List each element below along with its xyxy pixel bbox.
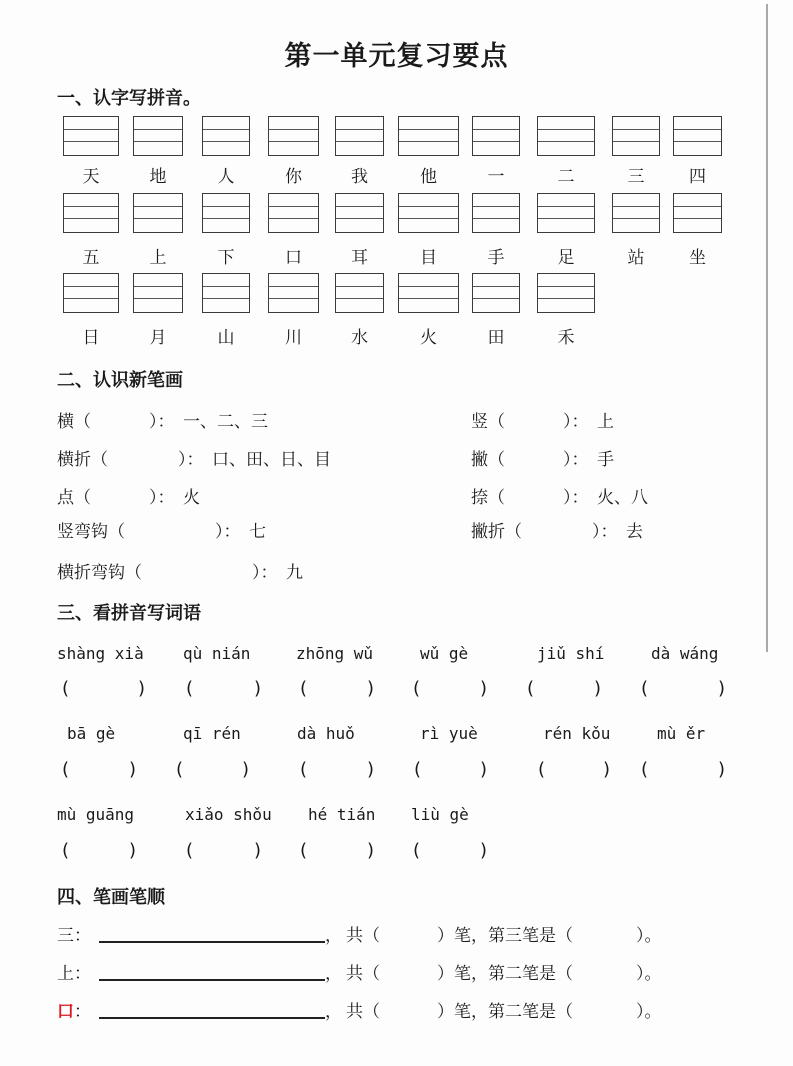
answer-blank[interactable]: [310, 759, 365, 781]
stroke-name: 横（: [57, 407, 91, 432]
answer-blank[interactable]: [196, 678, 252, 700]
character-label: 下: [211, 243, 241, 268]
stroke-examples: 一、二、三: [183, 407, 268, 432]
section-4-heading: 四、笔画笔顺: [57, 883, 165, 909]
character-label: 足: [551, 243, 581, 268]
answer-open-paren: (: [62, 759, 69, 780]
stroke-close-paren: ）：: [563, 483, 589, 508]
character-label: 田: [481, 323, 511, 348]
character-label: 口: [279, 243, 309, 268]
stroke-order-character: 上: [57, 959, 74, 984]
stroke-examples: 七: [249, 517, 266, 542]
character-label: 二: [551, 162, 581, 187]
pinyin-writing-box[interactable]: [673, 116, 722, 156]
pinyin-writing-box[interactable]: [398, 193, 459, 233]
answer-open-paren: (: [186, 840, 193, 861]
stroke-examples: 九: [286, 558, 303, 583]
character-label: 你: [279, 162, 309, 187]
pinyin-writing-box[interactable]: [673, 193, 722, 233]
pinyin-writing-box[interactable]: [398, 116, 459, 156]
answer-blank[interactable]: [72, 759, 127, 781]
stroke-count-label: 共（: [346, 997, 380, 1022]
pinyin-writing-box[interactable]: [202, 116, 250, 156]
colon: ：: [74, 997, 91, 1022]
pinyin-prompt: zhōng wǔ: [296, 644, 373, 663]
answer-open-paren: (: [641, 759, 648, 780]
character-label: 坐: [683, 243, 713, 268]
answer-open-paren: (: [62, 840, 69, 861]
stroke-examples: 口、田、日、目: [212, 445, 331, 470]
stroke-close-paren: ）：: [252, 558, 278, 583]
nth-stroke-blank[interactable]: [595, 997, 635, 1017]
pinyin-writing-box[interactable]: [472, 116, 520, 156]
colon: ：: [74, 921, 91, 946]
answer-close-paren: ): [242, 759, 249, 780]
pinyin-writing-box[interactable]: [612, 116, 660, 156]
pinyin-prompt: rén kǒu: [543, 724, 610, 743]
answer-close-paren: ): [254, 678, 261, 699]
stroke-name: 撇（: [471, 445, 505, 470]
pinyin-writing-box[interactable]: [472, 273, 520, 313]
sentence-end: ）。: [636, 997, 662, 1022]
pinyin-writing-box[interactable]: [63, 273, 119, 313]
pinyin-writing-box[interactable]: [335, 116, 384, 156]
stroke-count-label: 共（: [346, 959, 380, 984]
pinyin-writing-box[interactable]: [537, 193, 595, 233]
answer-open-paren: (: [186, 678, 193, 699]
character-label: 禾: [551, 323, 581, 348]
answer-blank[interactable]: [651, 759, 716, 781]
stroke-close-paren: ）：: [149, 483, 175, 508]
sentence-end: ）。: [636, 921, 662, 946]
page-edge-divider: [766, 4, 768, 652]
character-label: 四: [683, 162, 713, 187]
answer-close-paren: ): [367, 840, 374, 861]
stroke-order-character: 口: [57, 997, 74, 1022]
character-label: 地: [143, 162, 173, 187]
nth-stroke-label: ）笔，第二笔是（: [437, 959, 573, 984]
character-label: 天: [76, 162, 106, 187]
pinyin-writing-box[interactable]: [268, 193, 319, 233]
character-label: 我: [345, 162, 375, 187]
pinyin-prompt: xiǎo shǒu: [185, 805, 272, 824]
pinyin-writing-box[interactable]: [472, 193, 520, 233]
answer-blank[interactable]: [651, 678, 716, 700]
answer-blank[interactable]: [424, 759, 478, 781]
character-label: 日: [76, 323, 106, 348]
answer-blank[interactable]: [423, 678, 478, 700]
comma: ，: [325, 997, 342, 1022]
answer-open-paren: (: [527, 678, 534, 699]
pinyin-prompt: shàng xià: [57, 644, 144, 663]
stroke-close-paren: ）：: [563, 407, 589, 432]
stroke-close-paren: ）：: [592, 517, 618, 542]
stroke-name: 竖弯钩（: [57, 517, 125, 542]
character-label: 川: [279, 323, 309, 348]
answer-open-paren: (: [300, 678, 307, 699]
answer-close-paren: ): [480, 759, 487, 780]
character-label: 火: [414, 323, 444, 348]
answer-blank[interactable]: [310, 678, 365, 700]
nth-stroke-blank[interactable]: [595, 921, 635, 941]
pinyin-prompt: mù ěr: [657, 724, 705, 743]
pinyin-writing-box[interactable]: [202, 193, 250, 233]
stroke-order-answer-line[interactable]: [99, 941, 325, 943]
answer-open-paren: (: [300, 759, 307, 780]
character-label: 水: [345, 323, 375, 348]
colon: ：: [74, 959, 91, 984]
answer-blank[interactable]: [548, 759, 601, 781]
character-label: 一: [481, 162, 511, 187]
pinyin-writing-box[interactable]: [63, 116, 119, 156]
stroke-count-blank[interactable]: [385, 997, 435, 1017]
pinyin-prompt: jiǔ shí: [537, 644, 604, 663]
answer-close-paren: ): [367, 678, 374, 699]
stroke-examples: 手: [597, 445, 614, 470]
pinyin-prompt: wǔ gè: [420, 644, 468, 663]
section-3-heading: 三、看拼音写词语: [57, 599, 201, 625]
answer-close-paren: ): [718, 678, 725, 699]
stroke-examples: 上: [597, 407, 614, 432]
stroke-name: 横折（: [57, 445, 108, 470]
comma: ，: [325, 921, 342, 946]
character-label: 三: [621, 162, 651, 187]
section-2-heading: 二、认识新笔画: [57, 366, 183, 392]
answer-close-paren: ): [718, 759, 725, 780]
pinyin-prompt: dà huǒ: [297, 724, 355, 743]
character-label: 人: [211, 162, 241, 187]
answer-close-paren: ): [367, 759, 374, 780]
answer-blank[interactable]: [423, 840, 478, 862]
answer-open-paren: (: [413, 678, 420, 699]
character-label: 上: [143, 243, 173, 268]
pinyin-prompt: mù guāng: [57, 805, 134, 824]
answer-close-paren: ): [138, 678, 145, 699]
answer-blank[interactable]: [310, 840, 365, 862]
stroke-count-label: 共（: [346, 921, 380, 946]
pinyin-writing-box[interactable]: [398, 273, 459, 313]
stroke-examples: 火、八: [597, 483, 648, 508]
nth-stroke-label: ）笔，第三笔是（: [437, 921, 573, 946]
stroke-order-answer-line[interactable]: [99, 979, 325, 981]
character-label: 他: [414, 162, 444, 187]
section-1-heading: 一、认字写拼音。: [57, 84, 201, 110]
answer-close-paren: ): [129, 759, 136, 780]
character-label: 站: [621, 243, 651, 268]
stroke-close-paren: ）：: [178, 445, 204, 470]
pinyin-writing-box[interactable]: [612, 193, 660, 233]
pinyin-writing-box[interactable]: [537, 273, 595, 313]
stroke-count-blank[interactable]: [385, 959, 435, 979]
stroke-name: 竖（: [471, 407, 505, 432]
stroke-name: 撇折（: [471, 517, 522, 542]
stroke-order-answer-line[interactable]: [99, 1017, 325, 1019]
sentence-end: ）。: [636, 959, 662, 984]
answer-blank[interactable]: [186, 759, 240, 781]
stroke-close-paren: ）：: [215, 517, 241, 542]
stroke-close-paren: ）：: [149, 407, 175, 432]
answer-blank[interactable]: [537, 678, 592, 700]
pinyin-prompt: liù gè: [411, 805, 469, 824]
character-label: 五: [76, 243, 106, 268]
answer-blank[interactable]: [72, 840, 127, 862]
pinyin-writing-box[interactable]: [202, 273, 250, 313]
answer-close-paren: ): [129, 840, 136, 861]
answer-close-paren: ): [594, 678, 601, 699]
answer-open-paren: (: [538, 759, 545, 780]
answer-open-paren: (: [414, 759, 421, 780]
pinyin-prompt: bā gè: [67, 724, 115, 743]
stroke-close-paren: ）：: [563, 445, 589, 470]
answer-blank[interactable]: [196, 840, 252, 862]
pinyin-writing-box[interactable]: [335, 193, 384, 233]
answer-open-paren: (: [300, 840, 307, 861]
pinyin-prompt: hé tián: [308, 805, 375, 824]
character-label: 山: [211, 323, 241, 348]
stroke-examples: 去: [626, 517, 643, 542]
character-label: 手: [481, 243, 511, 268]
nth-stroke-label: ）笔，第二笔是（: [437, 997, 573, 1022]
page-title: 第一单元复习要点: [0, 34, 793, 73]
character-label: 耳: [345, 243, 375, 268]
answer-close-paren: ): [254, 840, 261, 861]
stroke-count-blank[interactable]: [385, 921, 435, 941]
pinyin-prompt: rì yuè: [420, 724, 478, 743]
stroke-name: 横折弯钩（: [57, 558, 142, 583]
answer-open-paren: (: [176, 759, 183, 780]
answer-close-paren: ): [603, 759, 610, 780]
stroke-examples: 火: [183, 483, 200, 508]
answer-close-paren: ): [480, 678, 487, 699]
stroke-name: 捺（: [471, 483, 505, 508]
pinyin-writing-box[interactable]: [133, 193, 183, 233]
pinyin-prompt: qù nián: [183, 644, 250, 663]
pinyin-writing-box[interactable]: [133, 273, 183, 313]
pinyin-writing-box[interactable]: [63, 193, 119, 233]
comma: ，: [325, 959, 342, 984]
answer-open-paren: (: [62, 678, 69, 699]
pinyin-writing-box[interactable]: [133, 116, 183, 156]
nth-stroke-blank[interactable]: [595, 959, 635, 979]
pinyin-writing-box[interactable]: [268, 273, 319, 313]
answer-open-paren: (: [641, 678, 648, 699]
answer-blank[interactable]: [72, 678, 136, 700]
pinyin-writing-box[interactable]: [335, 273, 384, 313]
pinyin-writing-box[interactable]: [268, 116, 319, 156]
stroke-order-character: 三: [57, 921, 74, 946]
pinyin-prompt: dà wáng: [651, 644, 718, 663]
character-label: 月: [143, 323, 173, 348]
character-label: 目: [414, 243, 444, 268]
pinyin-prompt: qī rén: [183, 724, 241, 743]
answer-open-paren: (: [413, 840, 420, 861]
stroke-name: 点（: [57, 483, 91, 508]
pinyin-writing-box[interactable]: [537, 116, 595, 156]
answer-close-paren: ): [480, 840, 487, 861]
